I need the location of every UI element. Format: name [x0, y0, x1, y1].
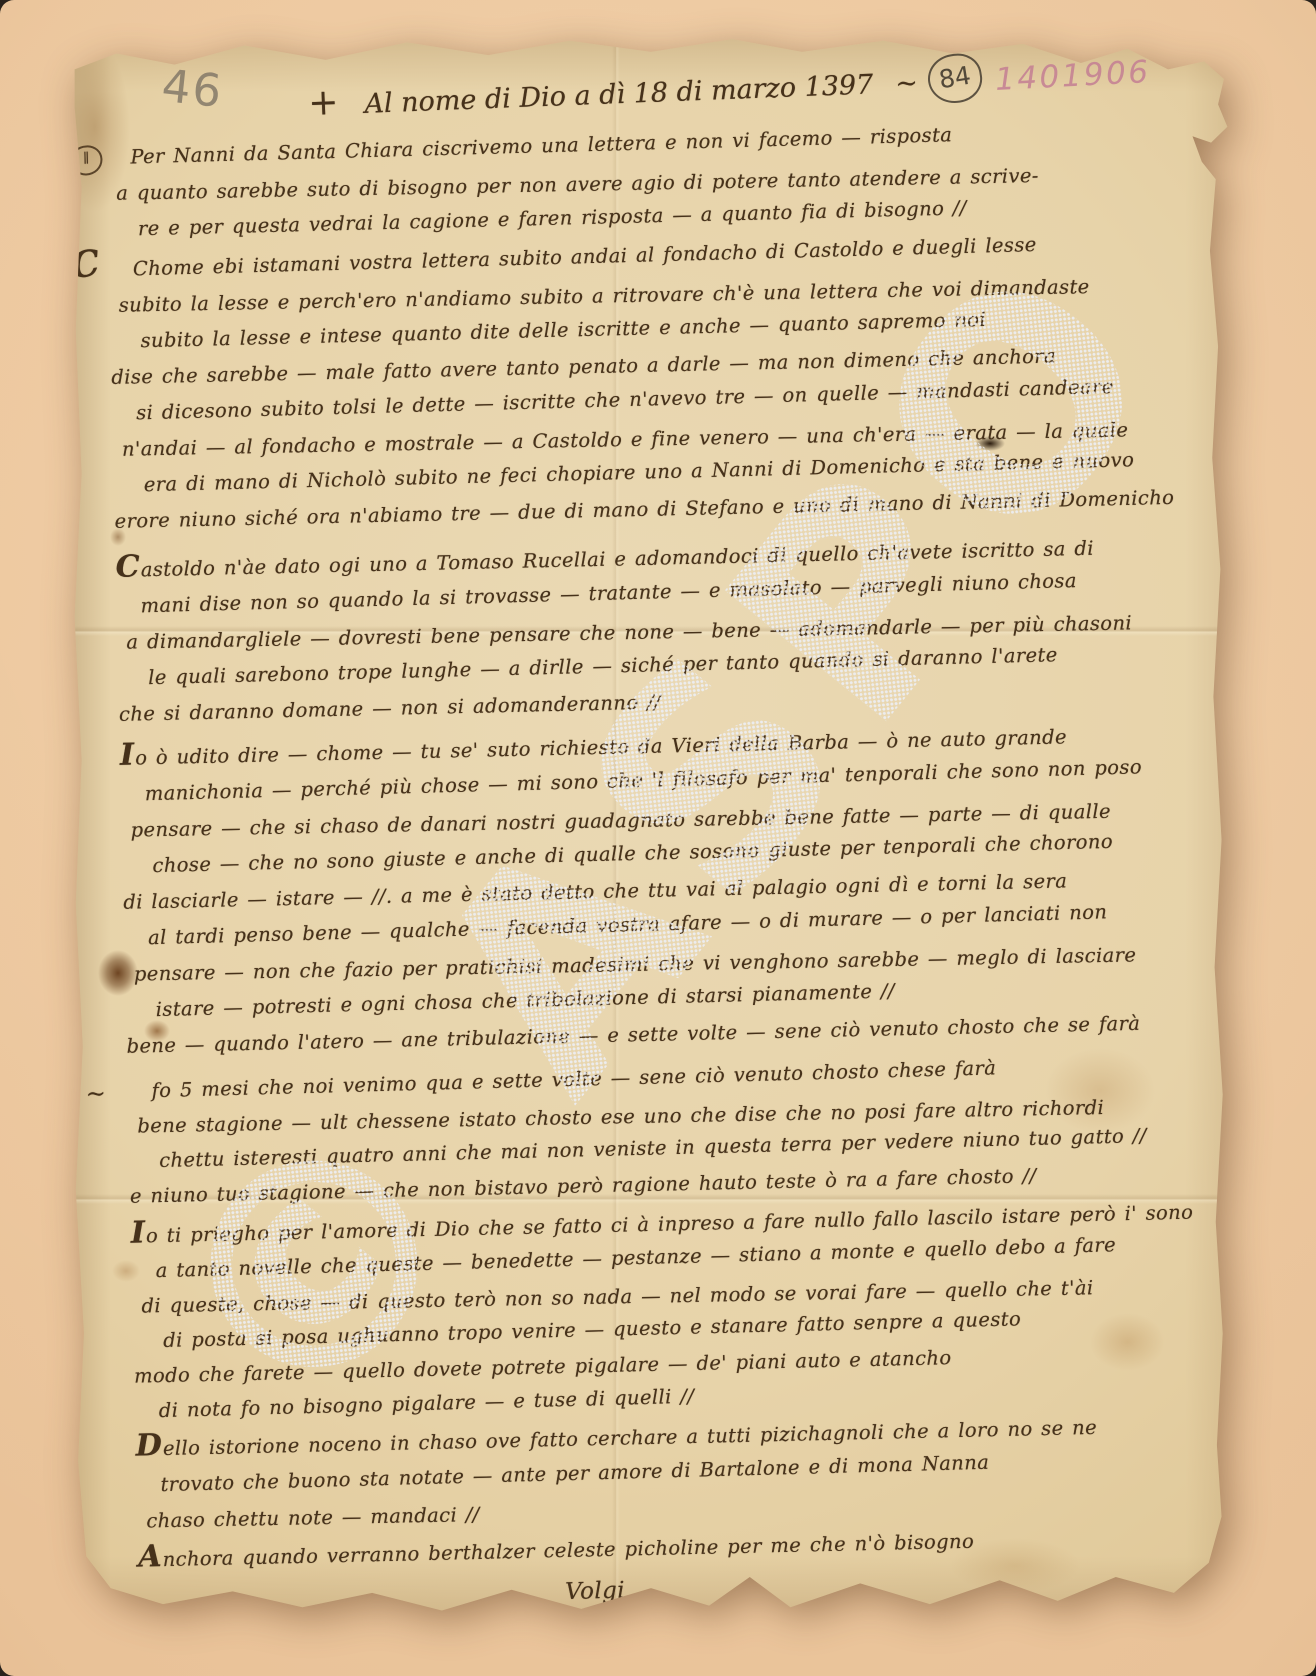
manuscript-paragraph: Io ò udito dire — chome — tu se' suto ri…	[120, 714, 1179, 1065]
invocation-text: Al nome di Dio a dì 18 di marzo 1397	[364, 69, 874, 120]
manuscript-paragraph: Io ti priegho per l'amore di Dio che se …	[130, 1192, 1187, 1429]
pencil-folio-number: 46	[159, 59, 225, 118]
paragraphs-host: ∥Per Nanni da Santa Chiara ciscrivemo un…	[106, 116, 1190, 1578]
manuscript-paragraph: Castoldo n'àe dato ogi uno a Tomaso Ruce…	[115, 526, 1171, 733]
manuscript-paper: 46 84 1401906 +Al nome di Dio a dì 18 di…	[70, 28, 1232, 1620]
manuscript-text: ∥Per Nanni da Santa Chiara ciscrivemo un…	[106, 116, 1191, 1619]
margin-dash-mark: ~	[85, 1076, 104, 1111]
cross-mark: +	[307, 82, 339, 124]
header-invocation: +Al nome di Dio a dì 18 di marzo 1397~	[307, 57, 988, 124]
manuscript-paragraph: CChome ebi istamani vostra lettera subit…	[109, 228, 1167, 540]
inventory-number: 1401906	[994, 54, 1151, 98]
manuscript-paragraph: ~fo 5 mesi che noi venimo qua e sette vo…	[127, 1050, 1182, 1214]
header-flourish: ~	[895, 68, 919, 100]
